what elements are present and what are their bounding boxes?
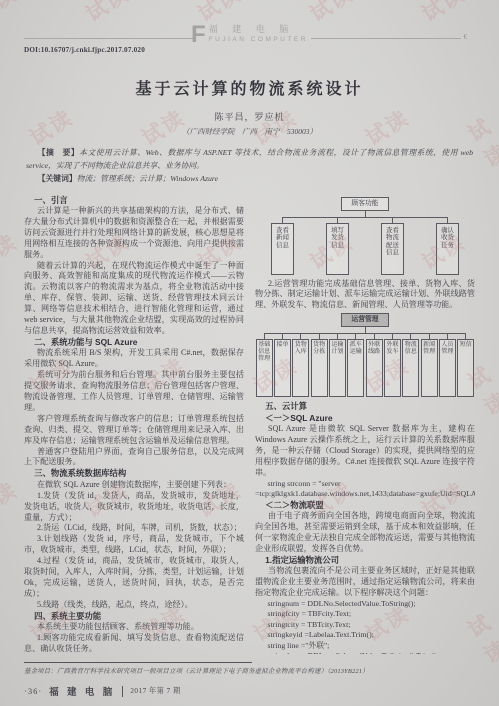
diagram2-child-box: 外联线路	[366, 339, 383, 397]
journal-header: € F 福 建 电 脑 FUJIAN COMPUTER DOI:10.16707…	[24, 0, 475, 60]
diagram1-root-box: 顾客功能	[341, 197, 389, 211]
issue-label: 2017 年第 7 期	[130, 686, 180, 696]
two-column-body: 一、引言 云计算是一种新兴的共享基础架构的方法，是分布式、储存大量分布式计算机中…	[24, 195, 475, 654]
diagram1-branch: 填写发货信息	[326, 217, 349, 275]
paragraph: 云计算是一种新兴的共享基础架构的方法，是分布式、储存大量分布式计算机中的数据和资…	[24, 206, 244, 261]
subsection-designated-carrier: 1.指定运输物流公司	[255, 555, 475, 567]
code-connection-string: string strconn = "server =tcp:glklgxk1.d…	[255, 479, 475, 500]
paper-title: 基于云计算的物流系统设计	[24, 76, 475, 99]
diagram1-branch: 确认收货任务	[436, 217, 459, 275]
paragraph: 2.运营管理功能完成基础信息管理、接单、货物入库、货物分拣、制定运输计划、派车运…	[255, 279, 475, 312]
section-heading-cloud: 五、云计算	[255, 401, 475, 413]
subsection-sql-azure: ＜一＞SQL Azure	[255, 413, 475, 425]
page-footer-zone: 基金项目：广西教育厅科学技术研究项目一般项目立项（云计算理论下电子商务虚拟企业物…	[24, 662, 475, 698]
logo-text: 福 建 电 脑 FUJIAN COMPUTER	[209, 24, 308, 44]
code-line: stringkeyid =Labelaa.Text.Trim();	[255, 630, 475, 640]
diagram2-branch: 物流信息	[402, 333, 419, 397]
paragraph: 系统可分为前台服务和后台管理。其中前台服务主要包括提交服务请求、查询物流服务信息…	[24, 370, 244, 414]
code-line: string lout = DDLout.SelectedValue.ToStr…	[255, 651, 475, 654]
abstract-label: 【摘 要】	[38, 148, 79, 157]
diagram2-child-box: 接单	[274, 339, 291, 397]
journal-footer-line: ·36· 福 建 电 脑 2017 年第 7 期	[24, 684, 475, 698]
diagram1-child-box: 查看新闻信息	[271, 223, 294, 275]
code-line: string line ="外联";	[255, 641, 475, 651]
paragraph: 当物流包裹流向不是公司主要业务区域时，正好是其他联盟物流企业主要业务范围时，通过…	[255, 566, 475, 599]
diagram2-root-box: 运营管理	[341, 313, 389, 327]
footer-divider	[122, 686, 123, 697]
diagram1-child-box: 填写发货信息	[326, 223, 349, 275]
paragraph: 本系统主要功能包括顾客、系统管理等功能。	[24, 622, 244, 633]
doi-label: DOI:10.16707/j.cnki.fjpc.2017.07.020	[24, 46, 145, 54]
diagram2-child-box: 人员管理	[439, 339, 456, 397]
watermark-stamp: 试读	[0, 226, 22, 276]
journal-logo: F 福 建 电 脑 FUJIAN COMPUTER	[191, 24, 308, 46]
paragraph: 物流系统采用 B/S 架构，开发工具采用 C#.net，数据保存采用微软 SQL…	[24, 348, 244, 370]
diagram2-branch: 外联发车	[384, 333, 401, 397]
funding-note: 基金项目：广西教育厅科学技术研究项目一般项目立项（云计算理论下电子商务虚拟企业物…	[24, 666, 475, 675]
diagram-operations-management: 运营管理 基础信息管理 接单 货物入库 货物分拣 运输计划 派车运输 外联线路 …	[255, 313, 475, 397]
diagram2-branch: 货物分拣	[311, 333, 328, 397]
header-rule-right	[311, 38, 461, 39]
diagram2-branch: 派车运输	[347, 333, 364, 397]
diagram1-branch: 查看新闻信息	[271, 217, 294, 275]
paragraph: 客户管理系统查询与修改客户的信息；订单管理系统包括查询、归类、提交、管理订单等；…	[24, 414, 244, 447]
keywords-text: 物流；管理系统；云计算；Windows Azure	[77, 174, 218, 183]
diagram1-branch: 查看物流配送信息	[381, 217, 404, 275]
subsection-alliance: ＜二＞物流联盟	[255, 500, 475, 512]
diagram2-child-box: 货物入库	[292, 339, 309, 397]
table-def-item: 2.货运（LCid，线路，时间，车牌，司机，货数，状态）；	[24, 523, 244, 534]
diagram2-child-box: 短信	[457, 339, 474, 397]
diagram-customer-functions: 顾客功能 查看新闻信息 填写发货信息 查看物流配送信息 确认收货任务	[255, 197, 475, 275]
diagram1-child-box: 查看物流配送信息	[381, 223, 404, 275]
page-number: ·36·	[24, 686, 42, 696]
logo-initial-icon: F	[191, 24, 206, 46]
diagram2-branch: 新闻管理	[421, 333, 438, 397]
diagram2-branch: 外联线路	[366, 333, 383, 397]
diagram1-branches: 查看新闻信息 填写发货信息 查看物流配送信息 确认收货任务	[255, 217, 475, 275]
code-line: stringtcity = TBTcity.Text;	[255, 620, 475, 630]
diagram2-child-box: 派车运输	[347, 339, 364, 397]
logo-chinese-name: 福 建 电 脑	[209, 24, 308, 35]
paragraph: 随着云计算的兴起，在现代物流运作模式中诞生了一种面向服务、高效智能和高度集成的现…	[24, 261, 244, 337]
footnote-rule	[24, 662, 252, 663]
table-def-item: 1.发货（发货 id，发货人，商品，发货城市，发货地址，发货电话，收货人，收货城…	[24, 491, 244, 524]
section-heading-functions: 二、系统功能与 SQL Azure	[24, 337, 244, 349]
section-heading-intro: 一、引言	[24, 195, 244, 207]
abstract-text: 本文使用云计算、Web、数据库与 ASP.NET 等技术，结合物流业务流程，设计…	[26, 148, 473, 170]
diagram2-child-box: 新闻管理	[421, 339, 438, 397]
paragraph: 普通客户登陆用户界面，查询自己服务信息，以及完成网上下配送服务。	[24, 447, 244, 469]
paragraph: 在微软 SQL Azure 创建物流数据库，主要创建下列表：	[24, 480, 244, 491]
diagram2-child-box: 物流信息	[402, 339, 419, 397]
diagram2-branch: 接单	[274, 333, 291, 397]
diagram2-child-box: 基础信息管理	[256, 339, 273, 397]
left-column: 一、引言 云计算是一种新兴的共享基础架构的方法，是分布式、储存大量分布式计算机中…	[24, 195, 244, 654]
diagram2-branch: 短信	[457, 333, 474, 397]
table-def-item: 5.线路（线类，线路，起点，终点，途经）。	[24, 600, 244, 611]
diagram2-branches: 基础信息管理 接单 货物入库 货物分拣 运输计划 派车运输 外联线路 外联发车 …	[255, 333, 475, 397]
section-heading-main-functions: 四、系统主要功能	[24, 611, 244, 623]
logo-english-name: FUJIAN COMPUTER	[209, 35, 308, 44]
watermark-stamp: 试读	[0, 474, 22, 524]
abstract: 【摘 要】本文使用云计算、Web、数据库与 ASP.NET 等技术，结合物流业务…	[26, 147, 473, 172]
section-heading-database: 三、物流系统数据库结构	[24, 468, 244, 480]
diagram1-child-box: 确认收货任务	[436, 223, 459, 275]
corner-mark: €	[464, 33, 468, 41]
code-line: stringnum = DDLNo.SelectedValue.ToString…	[255, 599, 475, 609]
diagram2-child-box: 外联发车	[384, 339, 401, 397]
table-def-item: 4.过程（发货 id，商品，发货城市，收货城市，取货人，取货时间，入库人，入库时…	[24, 556, 244, 600]
right-column: 顾客功能 查看新闻信息 填写发货信息 查看物流配送信息 确认收货任务 2.运营管…	[255, 195, 475, 654]
code-line: stringfcity = TBFcity.Text;	[255, 609, 475, 619]
diagram2-branch: 运输计划	[329, 333, 346, 397]
paper-page: 试读试读试读试读试读试读试读试读试读试读试读试读试读试读试读试读试读试读试读试读…	[0, 0, 499, 706]
affiliation: （广西财经学院 广西 南宁 530003）	[24, 126, 475, 137]
diagram2-branch: 货物入库	[292, 333, 309, 397]
table-def-item: 3.计划线路（发货 id，序号，商品，发货城市，下个城市，收货城市，类型，线路，…	[24, 534, 244, 556]
paragraph: 1.顾客功能完成看新闻、填写发货信息、查看物流配送信息、确认收货任务。	[24, 633, 244, 653]
header-rule-left	[24, 38, 194, 39]
diagram2-child-box: 运输计划	[329, 339, 346, 397]
keywords: 【关键词】物流；管理系统；云计算；Windows Azure	[26, 173, 473, 186]
diagram2-branch: 人员管理	[439, 333, 456, 397]
authors: 陈平昌，罗应机	[24, 110, 475, 123]
journal-name: 福 建 电 脑	[49, 684, 115, 698]
keywords-label: 【关键词】	[38, 174, 77, 183]
diagram2-branch: 基础信息管理	[256, 333, 273, 397]
paragraph: 由于电子商务面向全国各地，跨境电商面向全球，物流流向全国各地，甚至需要运销到全球…	[255, 511, 475, 555]
paragraph: SQL Azure 是由微软 SQL Server 数据库为主，建构在 Wind…	[255, 424, 475, 479]
watermark-stamp: 试读	[0, 0, 22, 28]
diagram2-child-box: 货物分拣	[311, 339, 328, 397]
